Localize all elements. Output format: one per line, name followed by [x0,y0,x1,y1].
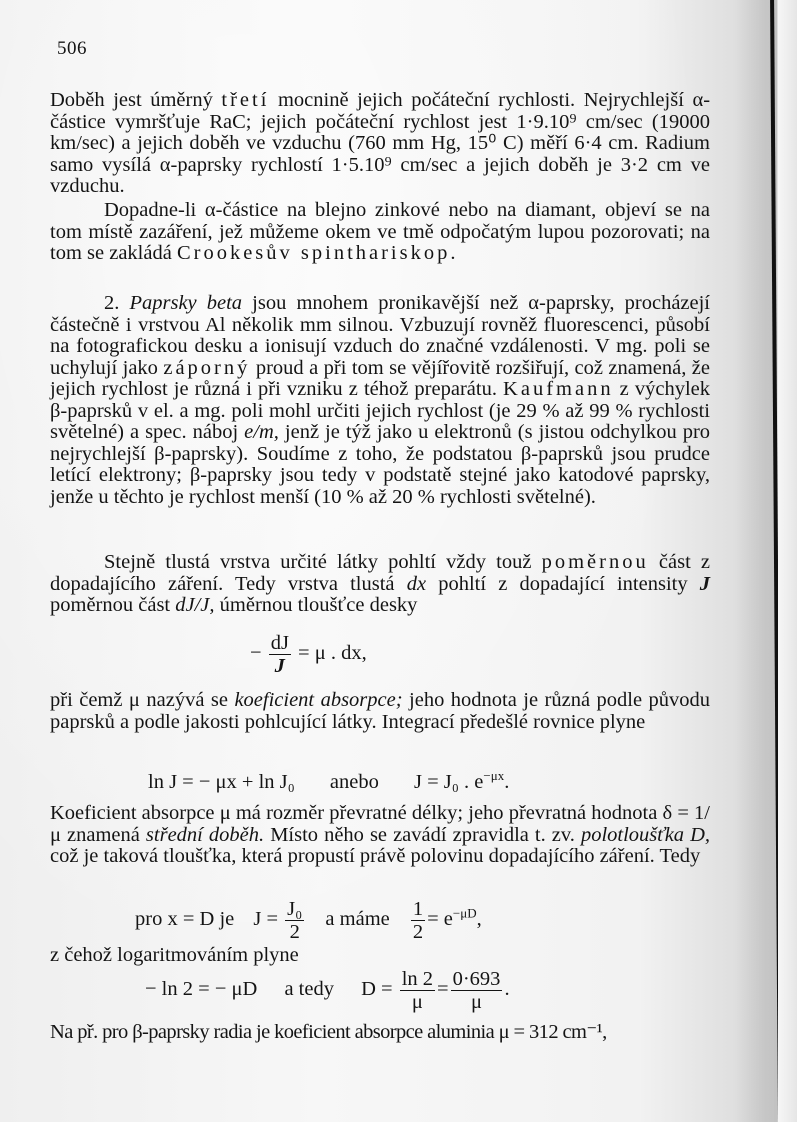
paragraph-half-thickness: Koeficient absorpce μ má rozměr převratn… [50,803,710,868]
equation-integrated: ln J = − μx + ln J₀ anebo J = J₀ . e−μx. [148,768,509,794]
paragraph-beta-rays: 2. Paprsky beta jsou mnohem pronikavější… [50,293,710,508]
paragraph-logarithm: z čehož logaritmováním plyne [50,945,710,967]
term-absorption-coefficient: koeficient absorpce; [234,689,402,711]
term-mean-range: střední doběh. [146,824,264,846]
paragraph-coefficient: při čemž μ nazývá se koeficient absorpce… [50,690,710,733]
equation-half-condition: pro x = D je J = J₀ 2 a máme 1 2 = e−μD, [135,898,482,943]
equation-differential: − dJ J = μ . dx, [250,632,367,677]
equation-half-thickness-result: − ln 2 = − μD a tedy D = ln 2 μ = 0·693 … [145,968,510,1013]
paragraph-absorption: Stejně tlustá vrstva určité látky pohltí… [50,552,710,617]
paragraph-alpha-range: Doběh jest úměrný třetí mocnině jejich p… [50,90,710,198]
term-half-thickness: polotloušťka D, [581,824,710,846]
next-page-strip [778,0,797,1122]
paragraph-example: Na př. pro β-paprsky radia je koeficient… [50,1022,730,1044]
page-number: 506 [57,38,87,60]
paragraph-spinthariscope: Dopadne-li α-částice na blejno zinkové n… [50,200,710,265]
scanned-page: 506 Doběh jest úměrný třetí mocnině jeji… [0,0,797,1122]
term-beta-rays: Paprsky beta [129,292,242,314]
